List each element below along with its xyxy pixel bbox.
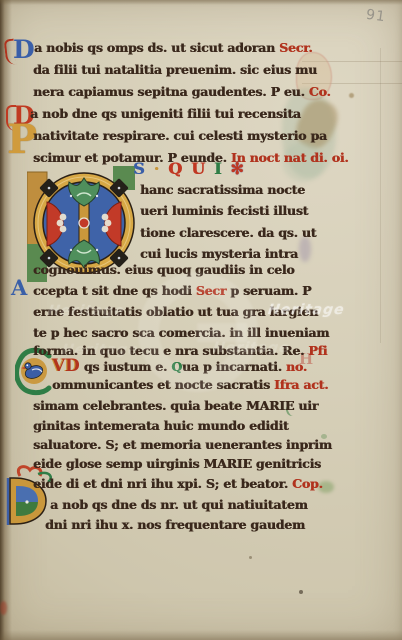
text-segment: ueri luminis fecisti illust	[140, 203, 308, 218]
text-line-10: tione clarescere. da qs. ut	[140, 225, 316, 240]
speck	[299, 590, 303, 594]
text-segment: VD	[52, 356, 80, 376]
text-segment: eide glose semp uirginis MARIE genitrici…	[33, 456, 321, 471]
text-segment: Ifra act.	[274, 377, 328, 392]
text-segment: cui lucis mysteria intra	[140, 246, 298, 261]
text-segment: hanc sacratissima nocte	[140, 182, 305, 197]
text-segment: nera capiamus sepitna gaudentes. P eu.	[33, 84, 309, 99]
initial-d-blue: D	[13, 37, 35, 62]
text-segment: nativitate respirare. cui celesti myster…	[33, 128, 327, 143]
text-line-12: cognouimus. eius quoq gaudiis in celo	[33, 262, 294, 277]
text-line-9: ueri luminis fecisti illust	[140, 203, 308, 218]
text-segment: eide di et dni nri ihu xpi. S; et beator…	[33, 476, 292, 491]
text-segment: Co.	[309, 84, 331, 99]
heritage-watermark: Heritage	[61, 342, 140, 358]
text-segment: tione clarescere. da qs. ut	[140, 225, 316, 240]
text-line-19: simam celebrantes. quia beate MARIE uir	[33, 398, 318, 413]
folio-number: 91	[365, 7, 387, 26]
page-bottom-edge	[0, 630, 402, 640]
heritage-watermark: Heritage	[47, 303, 126, 319]
text-line-3: nera capiamus sepitna gaudentes. P eu. C…	[33, 84, 331, 99]
text-segment: Pfi	[308, 343, 327, 358]
edge-stain	[0, 601, 7, 615]
page-top-edge	[0, 0, 402, 5]
initial-a-blue: A	[11, 277, 27, 298]
binding-gutter-shadow	[0, 0, 12, 640]
text-line-25: dni nri ihu x. nos frequentare gaudem	[45, 517, 305, 532]
text-segment: Cop.	[292, 476, 323, 491]
text-line-20: ginitas intemerata huic mundo edidit	[33, 418, 288, 433]
text-segment: I	[214, 159, 230, 178]
speck	[349, 93, 354, 98]
text-segment: U	[191, 159, 214, 178]
text-line-23: eide di et dni nri ihu xpi. S; et beator…	[33, 476, 323, 491]
text-segment: ·	[154, 159, 169, 178]
text-line-2: da filii tui natalitia preuenim. sic eiu…	[33, 62, 317, 77]
text-line-5: nativitate respirare. cui celesti myster…	[33, 128, 327, 143]
ruling-line	[380, 48, 381, 343]
text-segment: Secr.	[275, 40, 313, 55]
heritage-watermark: Heritage	[267, 302, 346, 318]
text-segment: da filii tui natalitia preuenim. sic eiu…	[33, 62, 317, 77]
heritage-watermark: Heritage	[212, 340, 291, 356]
text-segment: a nob qs dne ds nr. ut qui natiuitatem	[50, 497, 308, 512]
text-line-4: a nob dne qs unigeniti filii tui recensi…	[30, 106, 301, 121]
text-segment: simam celebrantes. quia beate MARIE uir	[33, 398, 318, 413]
text-line-22: eide glose semp uirginis MARIE genitrici…	[33, 456, 321, 471]
text-segment: ginitas intemerata huic mundo edidit	[33, 418, 288, 433]
speck	[249, 556, 252, 559]
text-segment: ✻	[231, 159, 253, 178]
text-line-8: hanc sacratissima nocte	[140, 182, 305, 197]
manuscript-page: H 91	[0, 0, 402, 640]
text-segment: a nobis qs omps ds. ut sicut adoran	[34, 40, 275, 55]
text-segment: a nob dne qs unigeniti filii tui recensi…	[30, 106, 301, 121]
text-line-7: S·QUI✻	[133, 159, 253, 178]
text-segment: Q	[168, 159, 191, 178]
text-segment: S	[133, 159, 154, 178]
text-segment: no.	[286, 359, 307, 374]
text-line-24: a nob qs dne ds nr. ut qui natiuitatem	[50, 497, 308, 512]
text-line-11: cui lucis mysteria intra	[140, 246, 298, 261]
text-segment: dni nri ihu x. nos frequentare gaudem	[45, 517, 305, 532]
text-line-21: saluatore. S; et memoria uenerantes inpr…	[33, 437, 332, 452]
text-segment: saluatore. S; et memoria uenerantes inpr…	[33, 437, 332, 452]
text-segment: cognouimus. eius quoq gaudiis in celo	[33, 262, 294, 277]
text-line-1: a nobis qs omps ds. ut sicut adoran Secr…	[34, 40, 312, 55]
